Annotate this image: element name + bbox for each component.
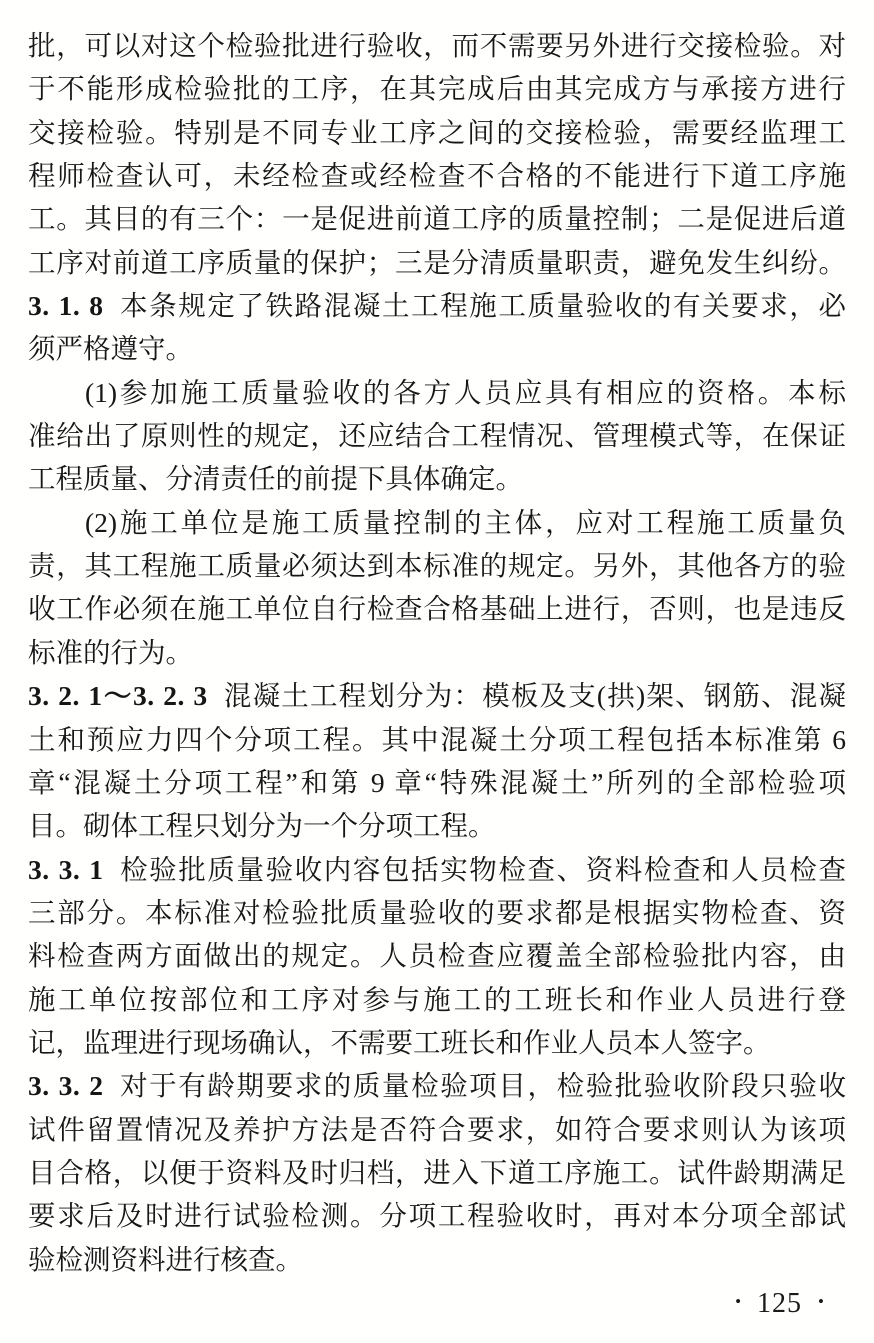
- text-line: 目。砌体工程只划分为一个分项工程。: [28, 804, 846, 847]
- section-text: 对于有龄期要求的质量检验项目，检验批验收阶段只验收: [118, 1070, 846, 1101]
- section-line: 3. 2. 1～3. 2. 3混凝土工程划分为：模板及支(拱)架、钢筋、混凝: [28, 674, 846, 717]
- text-line: 三部分。本标准对检验批质量验收的要求都是根据实物检查、资: [28, 891, 846, 934]
- text-line: 要求后及时进行试验检测。分项工程验收时，再对本分项全部试: [28, 1194, 846, 1237]
- page-number: 125: [757, 1288, 802, 1319]
- section-number: 3. 3. 2: [28, 1070, 103, 1101]
- text-line: 工程质量、分清责任的前提下具体确定。: [28, 457, 846, 500]
- text-line: 料检查两方面做出的规定。人员检查应覆盖全部检验批内容，由: [28, 934, 846, 977]
- text-line: 章“混凝土分项工程”和第 9 章“特殊混凝土”所列的全部检验项: [28, 761, 846, 804]
- section-line: 3. 3. 1检验批质量验收内容包括实物检查、资料检查和人员检查: [28, 848, 846, 891]
- document-page: 批，可以对这个检验批进行验收，而不需要另外进行交接检验。对于不能形成检验批的工序…: [0, 0, 874, 1343]
- text-line: 验检测资料进行核查。: [28, 1238, 846, 1281]
- page-footer: •125•: [735, 1284, 824, 1320]
- text-line: 记，监理进行现场确认，不需要工班长和作业人员本人签字。: [28, 1021, 846, 1064]
- text-line: 收工作必须在施工单位自行检查合格基础上进行，否则，也是违反: [28, 587, 846, 630]
- section-number: 3. 3. 1: [28, 854, 103, 885]
- text-line: 工。其目的有三个：一是促进前道工序的质量控制；二是促进后道: [28, 197, 846, 240]
- section-text: 混凝土工程划分为：模板及支(拱)架、钢筋、混凝: [223, 680, 846, 711]
- text-line: 须严格遵守。: [28, 327, 846, 370]
- text-line: 目合格，以便于资料及时归档，进入下道工序施工。试件龄期满足: [28, 1151, 846, 1194]
- section-line: 3. 3. 2对于有龄期要求的质量检验项目，检验批验收阶段只验收: [28, 1064, 846, 1107]
- text-line: 责，其工程施工质量必须达到本标准的规定。另外，其他各方的验: [28, 544, 846, 587]
- body-text: 批，可以对这个检验批进行验收，而不需要另外进行交接检验。对于不能形成检验批的工序…: [28, 24, 846, 1281]
- text-line: 批，可以对这个检验批进行验收，而不需要另外进行交接检验。对: [28, 24, 846, 67]
- footer-dot-left-icon: •: [735, 1292, 741, 1311]
- text-line: (2)施工单位是施工质量控制的主体，应对工程施工质量负: [28, 501, 846, 544]
- text-line: 试件留置情况及养护方法是否符合要求，如符合要求则认为该项: [28, 1108, 846, 1151]
- section-number: 3. 1. 8: [28, 290, 103, 321]
- footer-dot-right-icon: •: [818, 1292, 824, 1311]
- text-line: 土和预应力四个分项工程。其中混凝土分项工程包括本标准第 6: [28, 718, 846, 761]
- section-text: 本条规定了铁路混凝土工程施工质量验收的有关要求，必: [118, 290, 846, 321]
- section-line: 3. 1. 8本条规定了铁路混凝土工程施工质量验收的有关要求，必: [28, 284, 846, 327]
- text-line: 标准的行为。: [28, 631, 846, 674]
- section-number: 3. 2. 1～3. 2. 3: [28, 680, 208, 711]
- text-line: 准给出了原则性的规定，还应结合工程情况、管理模式等，在保证: [28, 414, 846, 457]
- text-line: 施工单位按部位和工序对参与施工的工班长和作业人员进行登: [28, 978, 846, 1021]
- section-text: 检验批质量验收内容包括实物检查、资料检查和人员检查: [118, 854, 846, 885]
- text-line: 交接检验。特别是不同专业工序之间的交接检验，需要经监理工: [28, 111, 846, 154]
- text-line: (1)参加施工质量验收的各方人员应具有相应的资格。本标: [28, 371, 846, 414]
- text-line: 程师检查认可，未经检查或经检查不合格的不能进行下道工序施: [28, 154, 846, 197]
- text-line: 于不能形成检验批的工序，在其完成后由其完成方与承接方进行: [28, 67, 846, 110]
- text-line: 工序对前道工序质量的保护；三是分清质量职责，避免发生纠纷。: [28, 241, 846, 284]
